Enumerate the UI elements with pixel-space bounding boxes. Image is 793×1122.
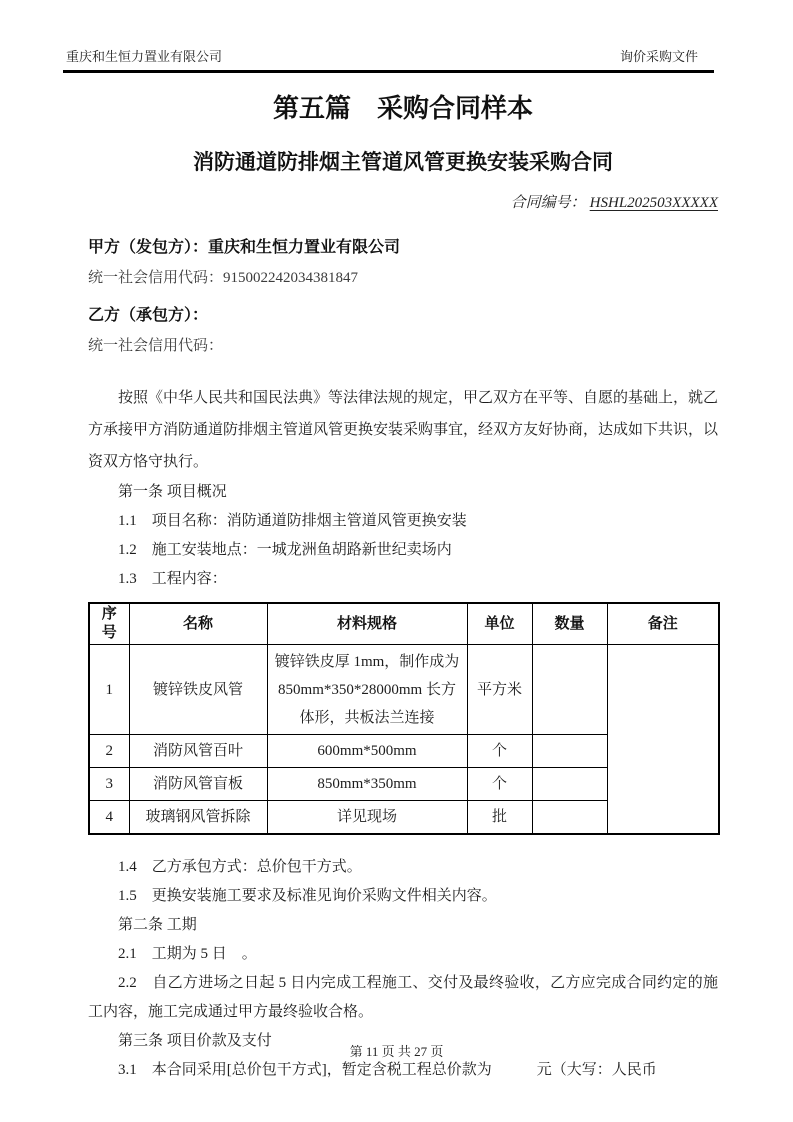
cell-unit: 平方米: [467, 645, 532, 735]
item-2-2: 2.2 自乙方进场之日起 5 日内完成工程施工、交付及最终验收，乙方应完成合同约…: [88, 969, 718, 1027]
header-company: 重庆和生恒力置业有限公司: [66, 46, 222, 65]
clause1-heading: 第一条 项目概况: [88, 478, 718, 507]
cell-unit: 批: [467, 801, 532, 834]
item-1-5: 1.5 更换安装施工要求及标准见询价采购文件相关内容。: [88, 882, 718, 911]
cell-qty: [532, 801, 607, 834]
cell-no: 3: [89, 768, 129, 801]
party-b-credit-line: 统一社会信用代码：: [88, 334, 718, 355]
cell-spec: 850mm*350mm: [267, 768, 467, 801]
item-1-2: 1.2 施工安装地点：一城龙洲鱼胡路新世纪卖场内: [88, 536, 718, 565]
header-rule: [63, 70, 714, 73]
items-table: 序 号 名称 材料规格 单位 数量 备注 1 镀锌铁皮风管 镀锌铁皮厚 1mm，…: [88, 602, 720, 835]
cell-unit: 个: [467, 768, 532, 801]
cell-name: 玻璃钢风管拆除: [129, 801, 267, 834]
clause2-heading: 第二条 工期: [88, 911, 718, 940]
cell-name: 镀锌铁皮风管: [129, 645, 267, 735]
party-a-credit-line: 统一社会信用代码：915002242034381847: [88, 266, 718, 287]
item-1-4: 1.4 乙方承包方式：总价包干方式。: [88, 853, 718, 882]
party-a-line: 甲方（发包方）：重庆和生恒力置业有限公司: [88, 234, 718, 257]
cell-no: 1: [89, 645, 129, 735]
cell-unit: 个: [467, 735, 532, 768]
col-header-unit: 单位: [467, 603, 532, 645]
cell-name: 消防风管盲板: [129, 768, 267, 801]
cell-qty: [532, 735, 607, 768]
cell-remark-merged: [607, 645, 719, 834]
col-header-no: 序 号: [89, 603, 129, 645]
contract-title: 消防通道防排烟主管道风管更换安装采购合同: [88, 146, 718, 176]
party-b-line: 乙方（承包方）：: [88, 302, 718, 325]
cell-spec: 镀锌铁皮厚 1mm，制作成为 850mm*350*28000mm 长方体形，共板…: [267, 645, 467, 735]
cell-spec: 600mm*500mm: [267, 735, 467, 768]
cell-spec: 详见现场: [267, 801, 467, 834]
cell-qty: [532, 768, 607, 801]
col-header-name: 名称: [129, 603, 267, 645]
item-1-1: 1.1 项目名称：消防通道防排烟主管道风管更换安装: [88, 507, 718, 536]
document-page: 重庆和生恒力置业有限公司 询价采购文件 第五篇 采购合同样本 消防通道防排烟主管…: [0, 0, 793, 1122]
col-header-remark: 备注: [607, 603, 719, 645]
item-2-1: 2.1 工期为 5 日 。: [88, 940, 718, 969]
table-row: 1 镀锌铁皮风管 镀锌铁皮厚 1mm，制作成为 850mm*350*28000m…: [89, 645, 719, 735]
col-header-spec: 材料规格: [267, 603, 467, 645]
item-1-3: 1.3 工程内容：: [88, 565, 718, 594]
contract-number-value: HSHL202503XXXXX: [590, 195, 718, 211]
col-header-qty: 数量: [532, 603, 607, 645]
header-doc-type: 询价采购文件: [620, 46, 698, 65]
page-title: 第五篇 采购合同样本: [88, 88, 718, 125]
page-footer: 第 11 页 共 27 页: [0, 1041, 793, 1060]
cell-name: 消防风管百叶: [129, 735, 267, 768]
cell-qty: [532, 645, 607, 735]
cell-no: 2: [89, 735, 129, 768]
table-header-row: 序 号 名称 材料规格 单位 数量 备注: [89, 603, 719, 645]
contract-number: 合同编号：HSHL202503XXXXX: [88, 191, 718, 212]
preamble-paragraph: 按照《中华人民共和国民法典》等法律法规的规定，甲乙双方在平等、自愿的基础上，就乙…: [88, 382, 718, 478]
cell-no: 4: [89, 801, 129, 834]
contract-number-label: 合同编号：: [511, 195, 586, 211]
document-header: 重庆和生恒力置业有限公司 询价采购文件: [66, 46, 698, 65]
